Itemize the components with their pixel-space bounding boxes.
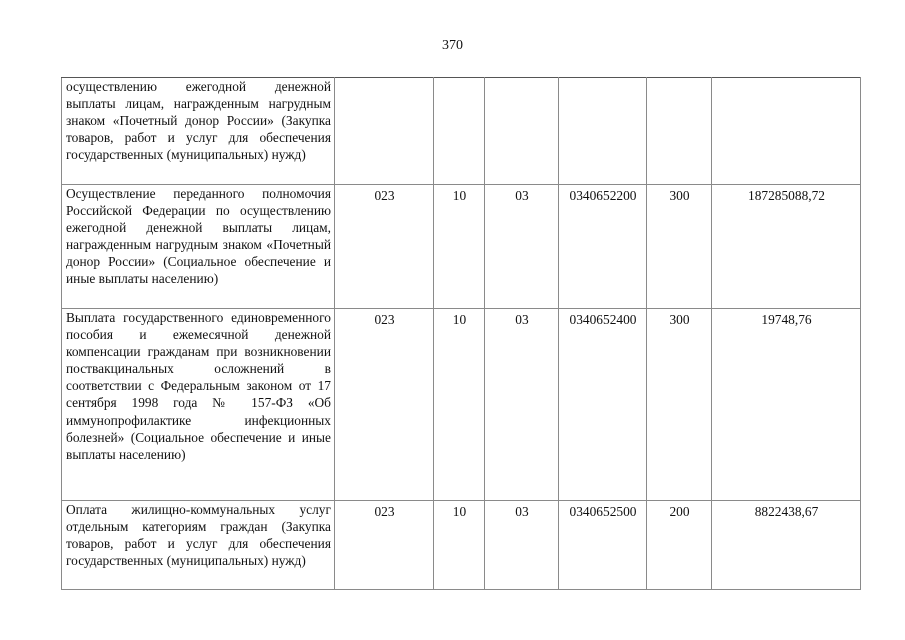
row-subsection-code: 03 — [485, 501, 559, 590]
table-row: Оплата жилищно-коммунальных услуг отдель… — [62, 501, 861, 590]
table-row: Осуществление переданного полномочия Рос… — [62, 185, 861, 309]
row-target-article: 0340652500 — [559, 501, 647, 590]
row-ministry-code: 023 — [335, 185, 434, 309]
row-amount — [712, 78, 861, 185]
row-section-code: 10 — [434, 185, 485, 309]
row-description: Осуществление переданного полномочия Рос… — [62, 185, 335, 309]
row-expense-type — [647, 78, 712, 185]
row-subsection-code: 03 — [485, 185, 559, 309]
row-expense-type: 200 — [647, 501, 712, 590]
row-description: осуществлению ежегодной денежной выплаты… — [62, 78, 335, 185]
row-target-article — [559, 78, 647, 185]
row-ministry-code — [335, 78, 434, 185]
row-expense-type: 300 — [647, 185, 712, 309]
budget-table: осуществлению ежегодной денежной выплаты… — [61, 77, 861, 590]
row-section-code — [434, 78, 485, 185]
row-target-article: 0340652400 — [559, 309, 647, 501]
row-ministry-code: 023 — [335, 501, 434, 590]
row-ministry-code: 023 — [335, 309, 434, 501]
row-section-code: 10 — [434, 501, 485, 590]
table-row: осуществлению ежегодной денежной выплаты… — [62, 78, 861, 185]
row-target-article: 0340652200 — [559, 185, 647, 309]
row-expense-type: 300 — [647, 309, 712, 501]
page-number: 370 — [0, 37, 905, 55]
row-section-code: 10 — [434, 309, 485, 501]
row-subsection-code — [485, 78, 559, 185]
row-amount: 187285088,72 — [712, 185, 861, 309]
row-amount: 19748,76 — [712, 309, 861, 501]
row-subsection-code: 03 — [485, 309, 559, 501]
row-description: Выплата государственного единовременного… — [62, 309, 335, 501]
row-amount: 8822438,67 — [712, 501, 861, 590]
table-row: Выплата государственного единовременного… — [62, 309, 861, 501]
row-description: Оплата жилищно-коммунальных услуг отдель… — [62, 501, 335, 590]
